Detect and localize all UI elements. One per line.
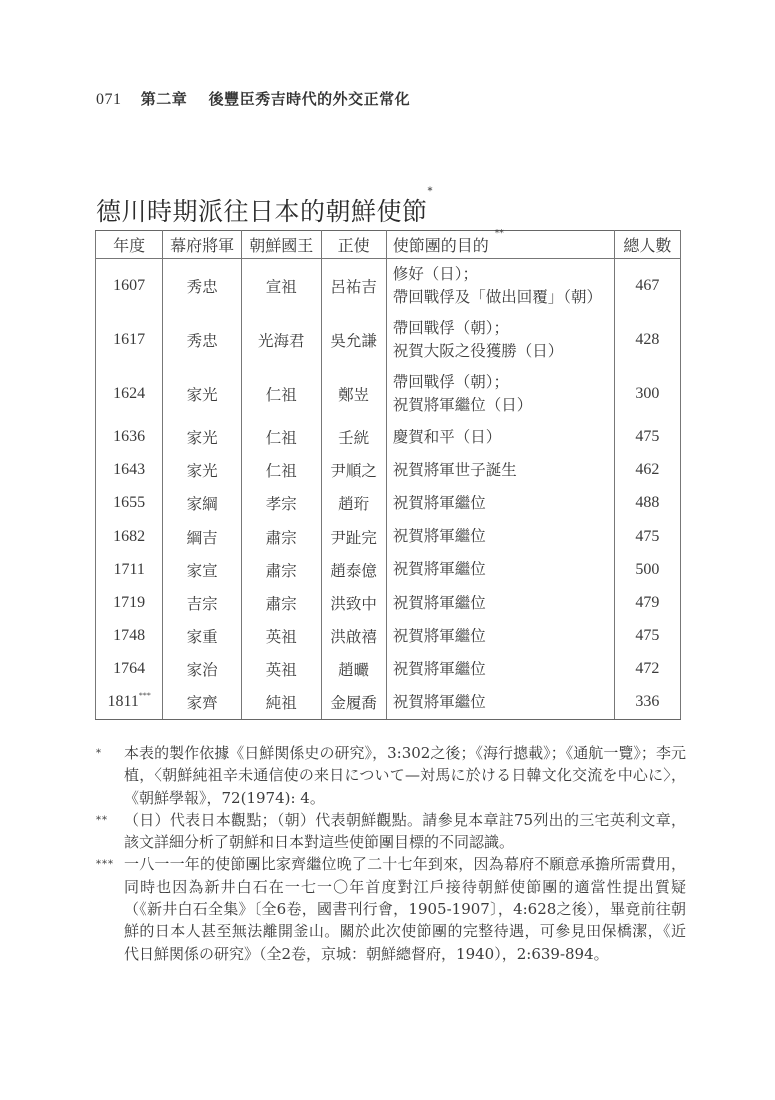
cell-year: 1636 [96, 421, 163, 454]
year-footnote-mark: *** [139, 691, 151, 700]
table-row: 1655家綱孝宗趙珩祝賀將軍繼位488 [96, 487, 681, 520]
cell-year: 1748 [96, 620, 163, 653]
table-title-text: 德川時期派往日本的朝鮮使節 [96, 197, 428, 226]
year-value: 1636 [113, 428, 145, 445]
cell-purpose: 祝賀將軍繼位 [386, 653, 614, 686]
cell-purpose: 祝賀將軍繼位 [386, 620, 614, 653]
purpose-line: 祝賀將軍繼位 [393, 492, 608, 515]
table-row: 1636家光仁祖壬絖慶賀和平（日）475 [96, 421, 681, 454]
year-value: 1682 [113, 528, 145, 545]
table-row: 1617秀忠光海君吳允謙帶回戰俘（朝）；祝賀大阪之役獲勝（日）428 [96, 313, 681, 367]
cell-envoy: 呂祐吉 [321, 259, 386, 313]
purpose-line: 祝賀將軍繼位 [393, 625, 608, 648]
cell-king: 肅宗 [242, 553, 322, 586]
cell-envoy: 壬絖 [321, 421, 386, 454]
cell-total: 479 [614, 586, 680, 619]
cell-shogun: 家光 [163, 367, 242, 421]
footnote-text: （日）代表日本觀點；（朝）代表朝鮮觀點。請參見本章註75列出的三宅英利文章，該文… [124, 809, 686, 854]
year-value: 1624 [113, 385, 145, 402]
table-row: 1643家光仁祖尹順之祝賀將軍世子誕生462 [96, 454, 681, 487]
purpose-line: 祝賀將軍繼位 [393, 525, 608, 548]
cell-year: 1682 [96, 520, 163, 553]
purpose-line: 祝賀將軍繼位 [393, 558, 608, 581]
table-row: 1748家重英祖洪啟禧祝賀將軍繼位475 [96, 620, 681, 653]
table-row: 1811***家齊純祖金履喬祝賀將軍繼位336 [96, 686, 681, 719]
cell-shogun: 綱吉 [163, 520, 242, 553]
cell-year: 1711 [96, 553, 163, 586]
year-value: 1748 [113, 627, 145, 644]
running-header: 071 第二章 後豐臣秀吉時代的外交正常化 [96, 88, 410, 109]
cell-purpose: 修好（日）；帶回戰俘及「做出回覆」（朝） [386, 259, 614, 313]
year-value: 1607 [113, 277, 145, 294]
purpose-line: 祝賀將軍世子誕生 [393, 459, 608, 482]
cell-shogun: 家重 [163, 620, 242, 653]
purpose-line: 修好（日）； [393, 263, 608, 286]
cell-purpose: 帶回戰俘（朝）；祝賀將軍繼位（日） [386, 367, 614, 421]
cell-envoy: 趙曮 [321, 653, 386, 686]
cell-envoy: 吳允謙 [321, 313, 386, 367]
year-value: 1655 [113, 494, 145, 511]
cell-purpose: 祝賀將軍繼位 [386, 520, 614, 553]
table-body: 1607秀忠宣祖呂祐吉修好（日）；帶回戰俘及「做出回覆」（朝）4671617秀忠… [96, 259, 681, 720]
cell-envoy: 趙泰億 [321, 553, 386, 586]
cell-total: 475 [614, 620, 680, 653]
cell-year: 1764 [96, 653, 163, 686]
cell-king: 孝宗 [242, 487, 322, 520]
purpose-line: 帶回戰俘及「做出回覆」（朝） [393, 286, 608, 309]
purpose-line: 祝賀將軍繼位 [393, 691, 608, 714]
column-header-king: 朝鮮國王 [242, 231, 322, 259]
cell-envoy: 趙珩 [321, 487, 386, 520]
cell-purpose: 祝賀將軍世子誕生 [386, 454, 614, 487]
footnote-text: 本表的製作依據《日鮮関係史の研究》，3:302之後；《海行摠載》；《通航一覽》；… [124, 742, 686, 809]
purpose-line: 慶賀和平（日） [393, 426, 608, 449]
cell-total: 475 [614, 520, 680, 553]
cell-year: 1617 [96, 313, 163, 367]
footnote: *本表的製作依據《日鮮関係史の研究》，3:302之後；《海行摠載》；《通航一覽》… [96, 742, 686, 809]
purpose-line: 祝賀將軍繼位 [393, 658, 608, 681]
cell-king: 仁祖 [242, 421, 322, 454]
cell-total: 300 [614, 367, 680, 421]
table-row: 1764家治英祖趙曮祝賀將軍繼位472 [96, 653, 681, 686]
cell-purpose: 祝賀將軍繼位 [386, 553, 614, 586]
year-value: 1617 [113, 331, 145, 348]
footnote-mark: * [96, 742, 124, 765]
cell-envoy: 尹趾完 [321, 520, 386, 553]
year-value: 1711 [113, 561, 144, 578]
table-row: 1607秀忠宣祖呂祐吉修好（日）；帶回戰俘及「做出回覆」（朝）467 [96, 259, 681, 313]
cell-king: 光海君 [242, 313, 322, 367]
cell-envoy: 鄭岦 [321, 367, 386, 421]
purpose-footnote-mark: ** [495, 229, 504, 239]
chapter-title: 後豐臣秀吉時代的外交正常化 [209, 90, 411, 108]
cell-king: 英祖 [242, 653, 322, 686]
column-header-purpose-text: 使節團的目的 [393, 236, 489, 255]
year-value: 1719 [113, 594, 145, 611]
purpose-line: 帶回戰俘（朝）； [393, 371, 608, 394]
cell-shogun: 吉宗 [163, 586, 242, 619]
footnote: **（日）代表日本觀點；（朝）代表朝鮮觀點。請參見本章註75列出的三宅英利文章，… [96, 809, 686, 854]
cell-purpose: 慶賀和平（日） [386, 421, 614, 454]
cell-purpose: 祝賀將軍繼位 [386, 686, 614, 719]
column-header-purpose: 使節團的目的** [386, 231, 614, 259]
chapter-label: 第二章 [141, 90, 188, 108]
cell-year: 1643 [96, 454, 163, 487]
cell-shogun: 家光 [163, 421, 242, 454]
table-title: 德川時期派往日本的朝鮮使節* [96, 192, 433, 228]
cell-purpose: 祝賀將軍繼位 [386, 487, 614, 520]
table-title-footnote-mark: * [428, 186, 434, 197]
cell-king: 英祖 [242, 620, 322, 653]
cell-total: 336 [614, 686, 680, 719]
cell-king: 仁祖 [242, 367, 322, 421]
cell-king: 宣祖 [242, 259, 322, 313]
table-row: 1711家宣肅宗趙泰億祝賀將軍繼位500 [96, 553, 681, 586]
cell-shogun: 家光 [163, 454, 242, 487]
cell-total: 488 [614, 487, 680, 520]
cell-shogun: 秀忠 [163, 259, 242, 313]
page-number: 071 [96, 91, 122, 108]
cell-shogun: 家齊 [163, 686, 242, 719]
cell-total: 428 [614, 313, 680, 367]
cell-king: 肅宗 [242, 586, 322, 619]
cell-envoy: 洪致中 [321, 586, 386, 619]
cell-year: 1811*** [96, 686, 163, 719]
purpose-line: 祝賀將軍繼位（日） [393, 394, 608, 417]
cell-total: 462 [614, 454, 680, 487]
envoys-table: 年度 幕府將軍 朝鮮國王 正使 使節團的目的** 總人數 1607秀忠宣祖呂祐吉… [95, 230, 681, 720]
cell-shogun: 家治 [163, 653, 242, 686]
footnote: ***一八一一年的使節團比家齊繼位晚了二十七年到來，因為幕府不願意承擔所需費用，… [96, 853, 686, 964]
cell-envoy: 尹順之 [321, 454, 386, 487]
footnotes: *本表的製作依據《日鮮関係史の研究》，3:302之後；《海行摠載》；《通航一覽》… [96, 742, 686, 965]
cell-total: 467 [614, 259, 680, 313]
cell-purpose: 祝賀將軍繼位 [386, 586, 614, 619]
column-header-year: 年度 [96, 231, 163, 259]
cell-king: 純祖 [242, 686, 322, 719]
cell-total: 500 [614, 553, 680, 586]
column-header-envoy: 正使 [321, 231, 386, 259]
table-row: 1719吉宗肅宗洪致中祝賀將軍繼位479 [96, 586, 681, 619]
footnote-mark: ** [96, 809, 124, 832]
footnote-text: 一八一一年的使節團比家齊繼位晚了二十七年到來，因為幕府不願意承擔所需費用，同時也… [124, 853, 686, 964]
cell-envoy: 金履喬 [321, 686, 386, 719]
cell-year: 1719 [96, 586, 163, 619]
cell-shogun: 秀忠 [163, 313, 242, 367]
cell-king: 仁祖 [242, 454, 322, 487]
year-value: 1643 [113, 461, 145, 478]
cell-purpose: 帶回戰俘（朝）；祝賀大阪之役獲勝（日） [386, 313, 614, 367]
cell-year: 1655 [96, 487, 163, 520]
cell-total: 475 [614, 421, 680, 454]
column-header-shogun: 幕府將軍 [163, 231, 242, 259]
year-value: 1764 [113, 660, 145, 677]
table-header-row: 年度 幕府將軍 朝鮮國王 正使 使節團的目的** 總人數 [96, 231, 681, 259]
cell-shogun: 家綱 [163, 487, 242, 520]
purpose-line: 帶回戰俘（朝）； [393, 317, 608, 340]
purpose-line: 祝賀將軍繼位 [393, 592, 608, 615]
cell-shogun: 家宣 [163, 553, 242, 586]
footnote-mark: *** [96, 853, 124, 876]
cell-envoy: 洪啟禧 [321, 620, 386, 653]
cell-year: 1624 [96, 367, 163, 421]
purpose-line: 祝賀大阪之役獲勝（日） [393, 340, 608, 363]
cell-year: 1607 [96, 259, 163, 313]
table-row: 1682綱吉肅宗尹趾完祝賀將軍繼位475 [96, 520, 681, 553]
cell-king: 肅宗 [242, 520, 322, 553]
year-value: 1811 [107, 693, 138, 710]
column-header-total: 總人數 [614, 231, 680, 259]
cell-total: 472 [614, 653, 680, 686]
table-row: 1624家光仁祖鄭岦帶回戰俘（朝）；祝賀將軍繼位（日）300 [96, 367, 681, 421]
